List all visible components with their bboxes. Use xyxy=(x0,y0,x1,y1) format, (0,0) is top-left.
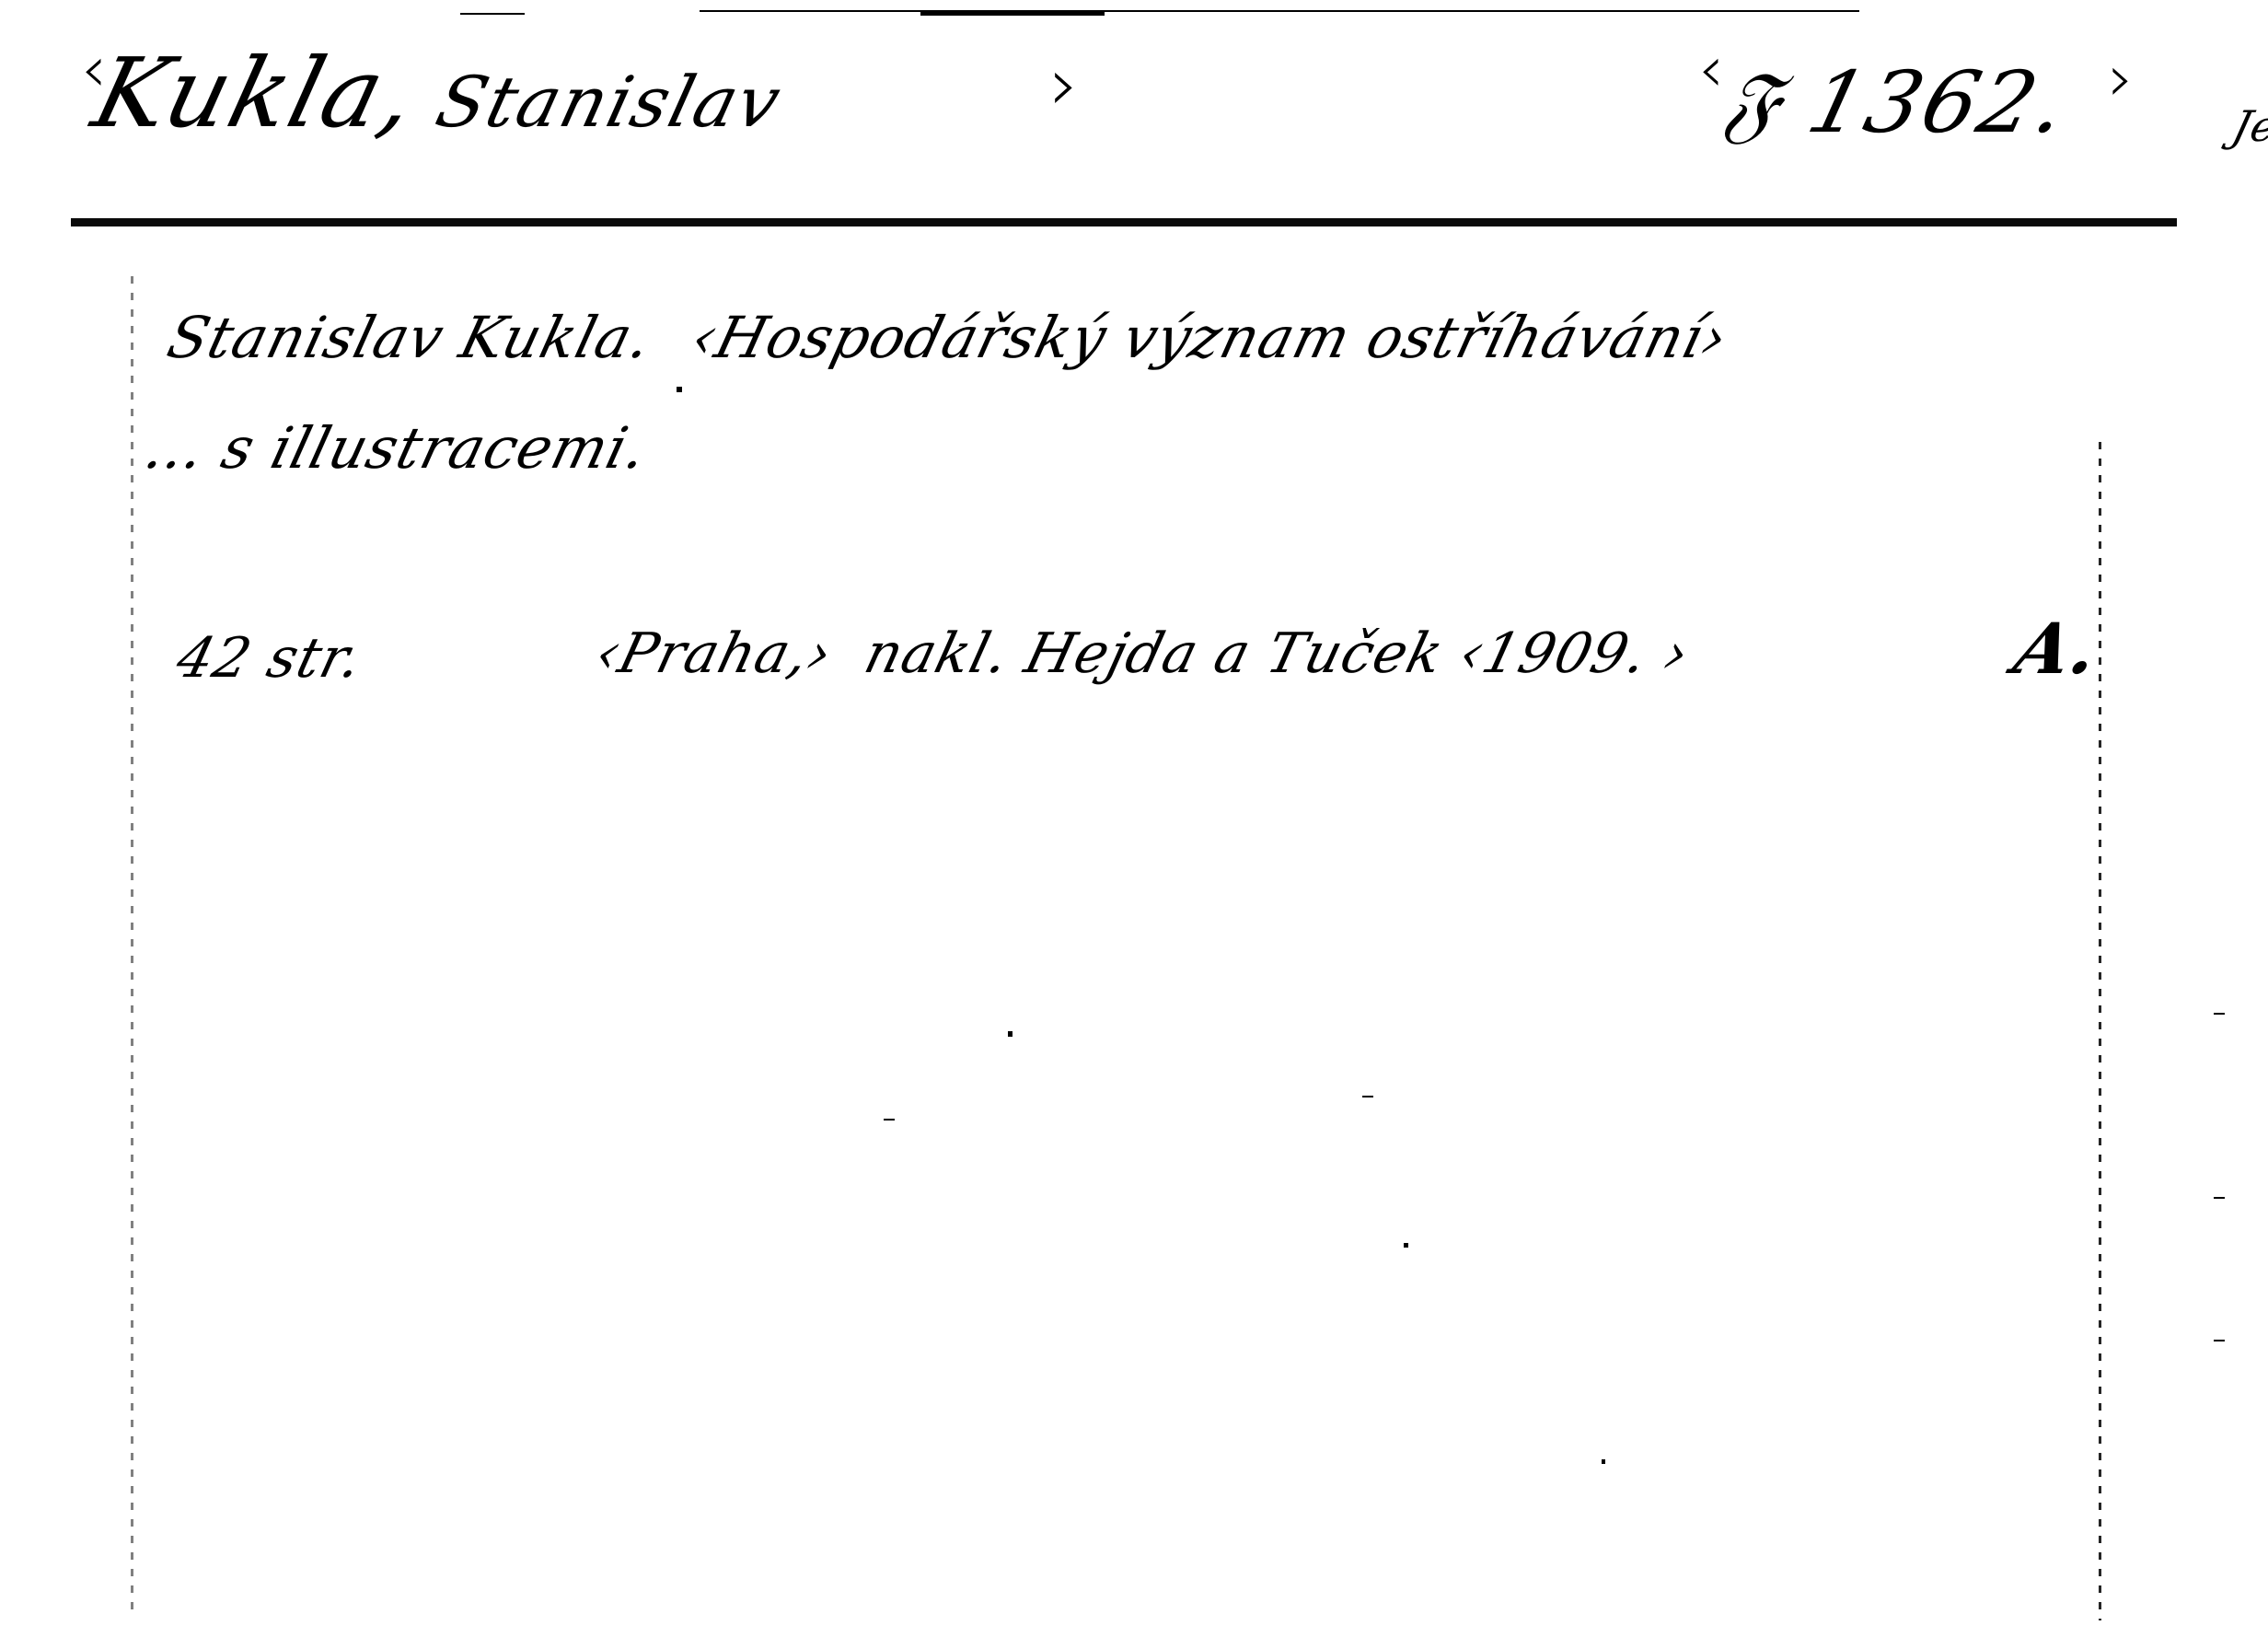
location-mark: A. xyxy=(2007,608,2108,690)
shelfmark: 𝔉 1362. xyxy=(1712,53,2079,154)
scan-speck xyxy=(2214,1340,2225,1341)
title-author: Stanislav Kukla. xyxy=(161,304,659,371)
heading-close-bracket: › xyxy=(1049,48,1079,122)
heading-surname: Kukla, xyxy=(83,37,429,149)
imprint-close-bracket: › xyxy=(1657,621,1695,686)
heading-given-name: Stanislav xyxy=(428,61,790,143)
imprint: ‹Praha,› nakl. Hejda a Tuček ‹1909. › xyxy=(589,621,1696,686)
title-line: Stanislav Kukla. ‹Hospodářský význam ost… xyxy=(161,304,1735,371)
title-text: Hospodářský význam ostříhávání xyxy=(709,304,1711,371)
scan-speck xyxy=(1362,1096,1373,1097)
scan-speck xyxy=(677,387,682,392)
left-margin-dotted-line xyxy=(131,276,133,1611)
title-continuation: … s illustracemi. xyxy=(138,414,654,482)
heading-author-name: Kukla,Stanislav xyxy=(83,37,796,149)
scan-speck xyxy=(1602,1459,1605,1464)
scan-speck xyxy=(2214,1013,2225,1015)
imprint-publisher: nakl. Hejda a Tuček xyxy=(858,621,1450,686)
scan-speck xyxy=(1008,1031,1012,1037)
scan-artifact-top-line xyxy=(460,13,525,15)
scan-speck xyxy=(2214,1197,2225,1199)
scan-artifact-top-line xyxy=(700,10,1859,12)
catalog-card: ‹ Kukla,Stanislav › ‹ 𝔉 1362. › Je Stani… xyxy=(0,0,2268,1649)
scan-speck xyxy=(884,1119,895,1121)
imprint-place: Praha, xyxy=(612,621,816,686)
scan-speck xyxy=(1404,1243,1408,1248)
shelfmark-close-bracket: › xyxy=(2108,46,2134,110)
extent: 42 str. xyxy=(170,626,369,691)
shelfmark-open-bracket: ‹ xyxy=(1698,37,1724,101)
scan-artifact-top-line xyxy=(920,11,1105,16)
heading-rule xyxy=(71,218,2177,226)
imprint-year: 1909. xyxy=(1475,621,1654,686)
cataloguer-initials: Je xyxy=(2227,101,2268,151)
